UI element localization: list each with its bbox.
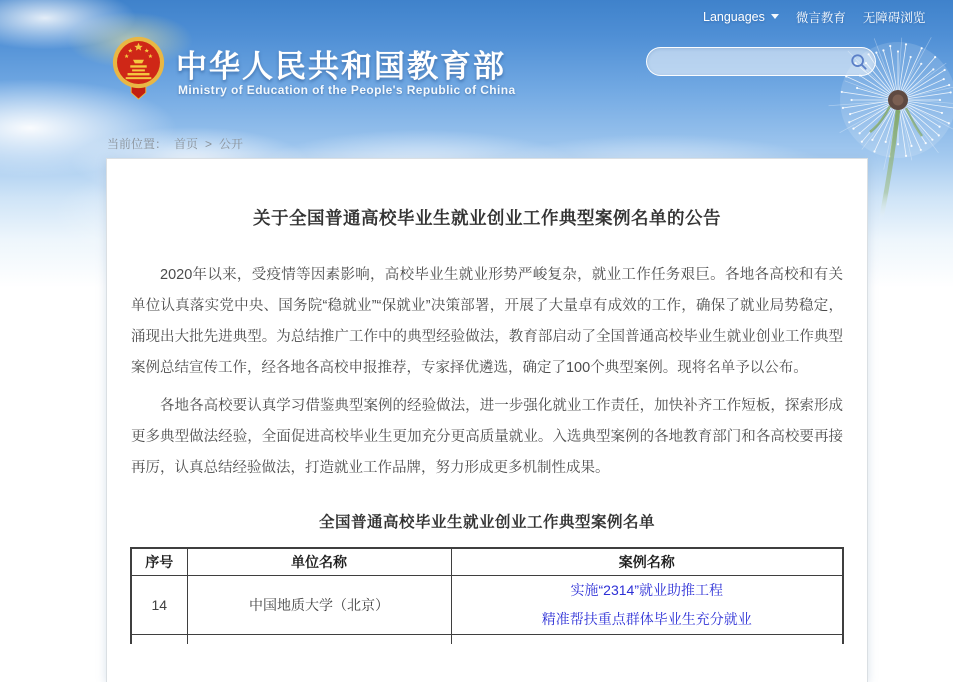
search-input[interactable]: [647, 48, 843, 75]
column-header-index: 序号: [131, 548, 187, 575]
case-link-2[interactable]: 精准帮扶重点群体毕业生充分就业: [452, 609, 843, 629]
search-bar: [646, 47, 876, 76]
case-link-1[interactable]: 实施“2314”就业助推工程: [452, 580, 843, 600]
search-icon: [850, 53, 868, 71]
table-row-partial: [131, 634, 843, 644]
row-index-cell: 14: [131, 575, 187, 634]
announcement-body: 2020年以来，受疫情等因素影响，高校毕业生就业形势严峻复杂，就业工作任务艰巨。…: [131, 260, 843, 484]
case-table: 序号 单位名称 案例名称 14 中国地质大学（北京） 实施“2314”就业助推工…: [130, 547, 844, 644]
search-button[interactable]: [843, 48, 875, 75]
announcement-paragraph-1: 2020年以来，受疫情等因素影响，高校毕业生就业形势严峻复杂，就业工作任务艰巨。…: [131, 260, 843, 384]
site-subtitle: Ministry of Education of the People's Re…: [178, 83, 516, 97]
breadcrumb-label: 当前位置：: [107, 135, 167, 152]
topbar-links: Languages 微言教育 无障碍浏览: [703, 8, 925, 26]
weiyan-education-link[interactable]: 微言教育: [796, 8, 846, 26]
announcement-paragraph-2: 各地各高校要认真学习借鉴典型案例的经验做法，进一步强化就业工作责任，加快补齐工作…: [131, 391, 843, 484]
row-case-cell: 实施“2314”就业助推工程 精准帮扶重点群体毕业生充分就业: [451, 575, 843, 634]
content-panel: 关于全国普通高校毕业生就业创业工作典型案例名单的公告 2020年以来，受疫情等因…: [106, 158, 868, 682]
languages-menu[interactable]: Languages: [703, 10, 779, 24]
row-unit-cell: 中国地质大学（北京）: [187, 575, 451, 634]
table-header-row: 序号 单位名称 案例名称: [131, 548, 843, 575]
case-table-container: 序号 单位名称 案例名称 14 中国地质大学（北京） 实施“2314”就业助推工…: [130, 547, 844, 644]
chevron-down-icon: [771, 14, 779, 19]
breadcrumb: 当前位置： 首页 > 公开: [107, 135, 243, 152]
column-header-case: 案例名称: [451, 548, 843, 575]
breadcrumb-current-link[interactable]: 公开: [219, 135, 243, 152]
column-header-unit: 单位名称: [187, 548, 451, 575]
national-emblem-logo[interactable]: [111, 36, 166, 100]
breadcrumb-home-link[interactable]: 首页: [174, 135, 198, 152]
announcement-title: 关于全国普通高校毕业生就业创业工作典型案例名单的公告: [137, 205, 837, 230]
accessibility-link[interactable]: 无障碍浏览: [863, 8, 926, 26]
table-row: 14 中国地质大学（北京） 实施“2314”就业助推工程 精准帮扶重点群体毕业生…: [131, 575, 843, 634]
site-title[interactable]: 中华人民共和国教育部: [176, 41, 506, 86]
breadcrumb-separator: >: [205, 137, 212, 151]
case-list-title: 全国普通高校毕业生就业创业工作典型案例名单: [107, 510, 867, 532]
